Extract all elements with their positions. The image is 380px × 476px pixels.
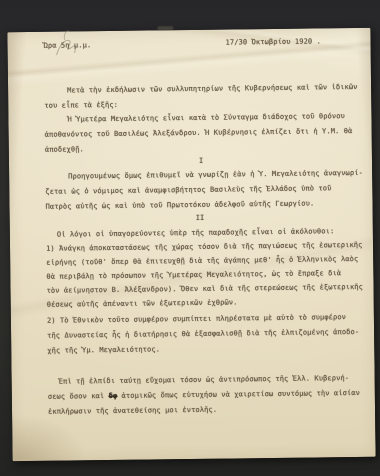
typed-line: θέσεως αὐτῆς ἀπέναντι τῶν ἐξωτερικῶν ἐχθ…	[47, 298, 238, 308]
time-note: Ὥρα 5η μ.μ.	[44, 41, 92, 50]
paper-edge-smudge	[157, 26, 173, 30]
typed-line: Οἱ λόγοι οἱ ὑπαγορεύοντες ὑπὲρ τῆς παραδ…	[57, 227, 334, 238]
typed-line: 2) Τὸ Ἐθνικὸν τοῦτο συμφέρον συμπίπτει π…	[47, 313, 346, 325]
section-numeral-one: I	[199, 157, 203, 165]
typed-line: τὸν ἀείμνηστον Β. Ἀλέξανδρον). Ὅθεν καὶ …	[47, 283, 363, 295]
typed-line: τῆς Δυναστείας ἧς ἡ διατήρησις θὰ ἐξασφα…	[47, 328, 359, 340]
typed-line: Προηγουμένως ὅμως ἐπιθυμεῖ νὰ γνωρίζῃ ἐὰ…	[68, 169, 363, 181]
typed-line-with-strikeout: σεως ὅσον καὶ δφ ἀτομικῶς ὅπως εὐτυχήσω …	[48, 389, 360, 401]
typed-line: χῆς τῆς Ὑμ. Μεγαλειότητος.	[47, 345, 160, 354]
document-scan-background: Ὥρα 5η μ.μ. 17/30 Ὀκτωβρίου 1920 . Μετὰ …	[0, 0, 380, 476]
typed-line: εἰρήνης (τοῦθ' ὅπερ θὰ ἐπιτευχθῇ διὰ τῆς…	[46, 255, 358, 267]
typed-line: ἀποθανόντος τοῦ Βασιλέως Ἀλεξάνδρου. Ἡ Κ…	[45, 127, 353, 139]
typed-line: θὰ περιβάλῃ τὸ πρόσωπον τῆς Ὑμετέρας Μεγ…	[46, 269, 341, 281]
typed-text: ἀτομικῶς ὅπως εὐτυχήσω νὰ χαιρετίσω συντ…	[117, 389, 360, 400]
typed-line: Ἐπὶ τῇ ἐλπίδι ταύτῃ εὔχομαι τόσον ὡς ἀντ…	[59, 374, 349, 386]
typed-line: ἀποδεχθῇ.	[45, 145, 84, 153]
typed-line: ἐκπλήρωσιν τῆς ἀνατεθείσης μοι ἐντολῆς.	[48, 406, 217, 416]
typed-line: του εἶπε τὰ ἑξῆς:	[44, 101, 118, 110]
date-line: 17/30 Ὀκτωβρίου 1920 .	[225, 37, 320, 46]
paper-sheet: Ὥρα 5η μ.μ. 17/30 Ὀκτωβρίου 1920 . Μετὰ …	[7, 28, 375, 461]
typed-line: Μετὰ τὴν ἐκδήλωσιν τῶν συλλυπητηρίων τῆς…	[67, 83, 357, 95]
typed-line: 1) Ἀνάγκη ἀποκαταστάσεως τῆς χώρας τόσον…	[46, 241, 362, 253]
pencil-squiggle-icon	[50, 6, 85, 58]
typed-text: σεως ὅσον καὶ	[48, 392, 109, 401]
typed-line: Ἡ Ὑμετέρα Μεγαλειότης εἶναι κατὰ τὸ Σύντ…	[67, 112, 344, 123]
section-numeral-two: II	[196, 214, 205, 222]
typed-line: Πατρὸς αὐτῆς ὡς καὶ ὑπὸ τοῦ Πρωτοτόκου ἀ…	[45, 199, 314, 210]
typed-line: ζεται ὡς ὁ νόμιμος καὶ ἀναμφισβήτητος Βα…	[45, 184, 331, 195]
